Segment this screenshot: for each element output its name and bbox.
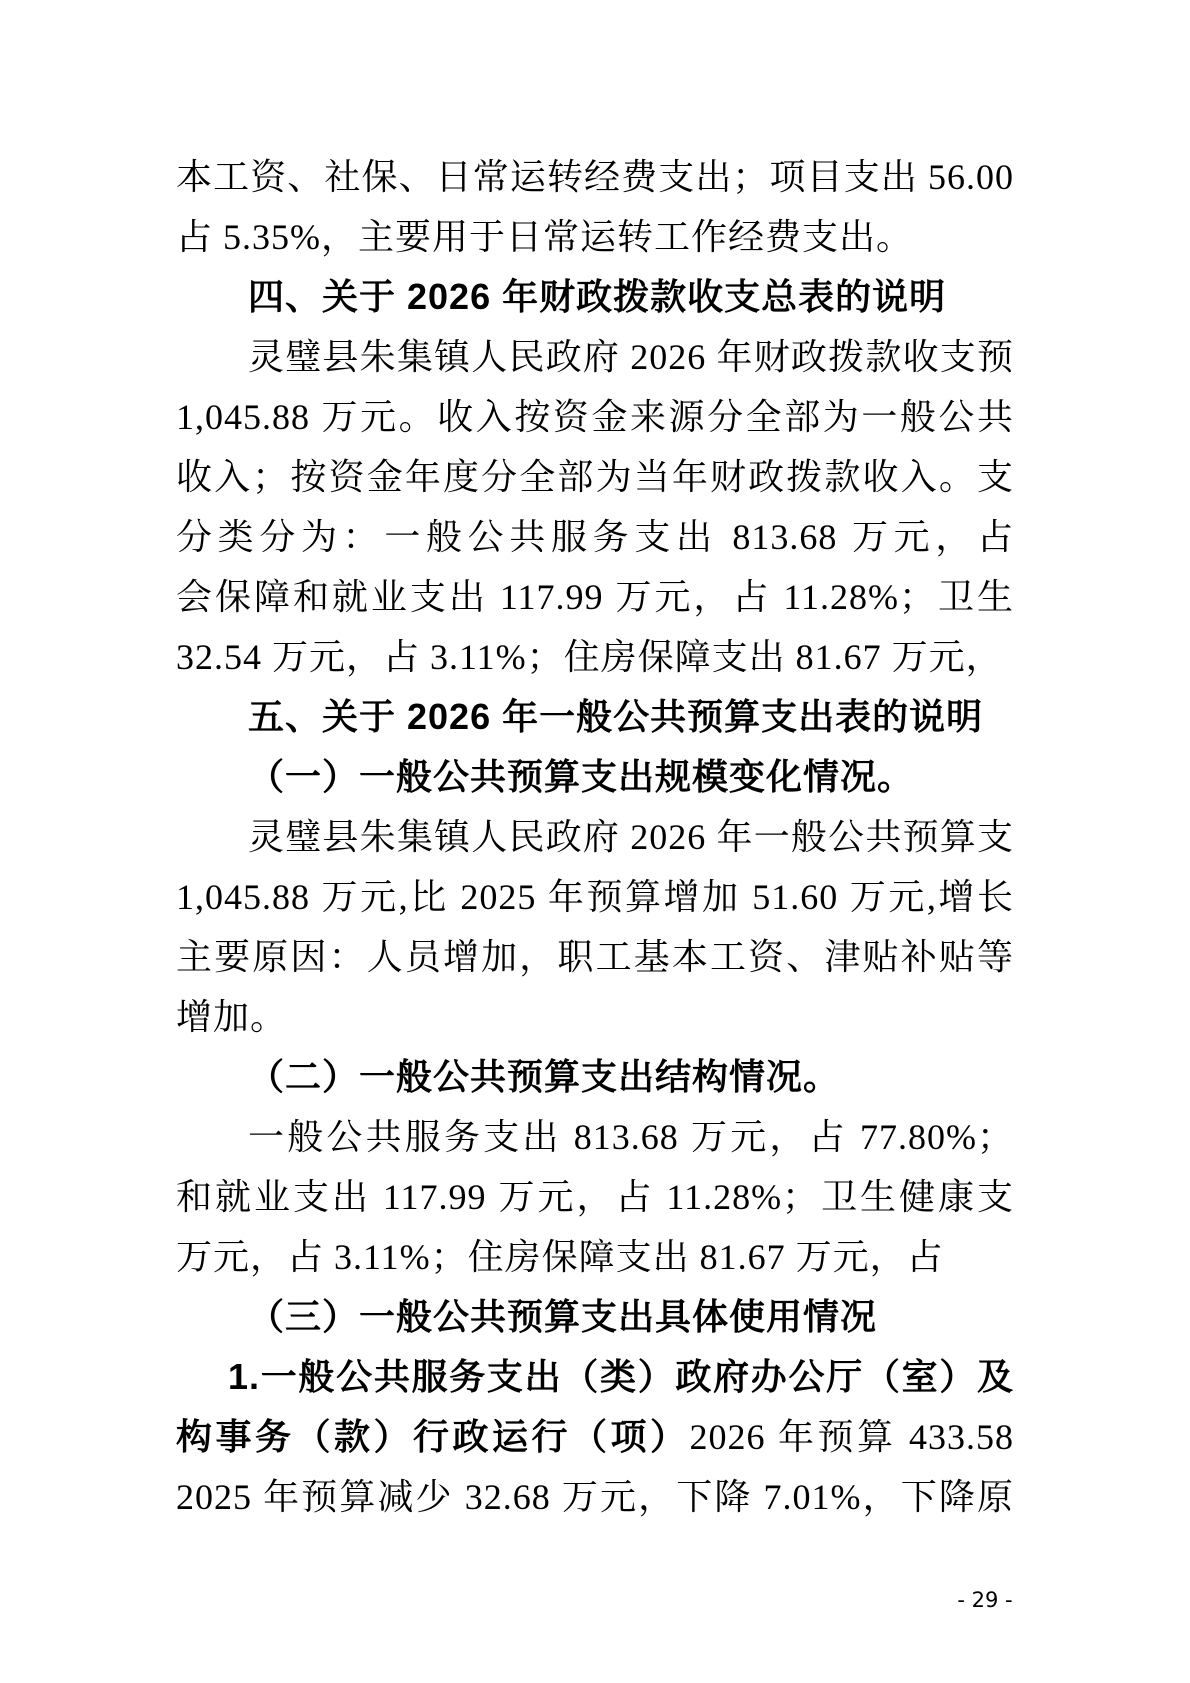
bold-lead-in: 构事务（款）行政运行（项）	[176, 1416, 689, 1457]
document-body: 本工资、社保、日常运转经费支出；项目支出 56.00 万元， 占 5.35%，主…	[176, 147, 1014, 1527]
paragraph-line: 32.54 万元，占 3.11%；住房保障支出 81.67 万元，占 7.81%…	[176, 627, 1014, 687]
paragraph-line: 主要原因：人员增加，职工基本工资、津贴补贴等工资福利	[176, 927, 1014, 987]
paragraph-line: 灵璧县朱集镇人民政府 2026 年一般公共预算支出	[176, 807, 1014, 867]
paragraph-line: 2025 年预算减少 32.68 万元，下降 7.01%，下降原因主要是	[176, 1467, 1014, 1527]
paragraph-line: 灵璧县朱集镇人民政府 2026 年财政拨款收支预算	[176, 327, 1014, 387]
page-number: - 29 -	[935, 1586, 1035, 1614]
paragraph-line: 和就业支出 117.99 万元，占 11.28%；卫生健康支出 32.54	[176, 1167, 1014, 1227]
subheading-2: （二）一般公共预算支出结构情况。	[176, 1047, 1014, 1107]
section-heading-4: 四、关于 2026 年财政拨款收支总表的说明	[176, 267, 1014, 327]
paragraph-line: 分类分为：一般公共服务支出 813.68 万元，占 77.80%；社	[176, 507, 1014, 567]
subheading-1: （一）一般公共预算支出规模变化情况。	[176, 747, 1014, 807]
paragraph-line: 本工资、社保、日常运转经费支出；项目支出 56.00 万元，	[176, 147, 1014, 207]
subheading-3: （三）一般公共预算支出具体使用情况	[176, 1287, 1014, 1347]
paragraph-line: 收入；按资金年度分全部为当年财政拨款收入。支出按功能	[176, 447, 1014, 507]
paragraph-line: 构事务（款）行政运行（项）2026 年预算 433.58 万元,比	[176, 1407, 1014, 1467]
section-heading-5: 五、关于 2026 年一般公共预算支出表的说明	[176, 687, 1014, 747]
paragraph-line: 会保障和就业支出 117.99 万元，占 11.28%；卫生健康支出	[176, 567, 1014, 627]
paragraph-line: 一般公共服务支出 813.68 万元，占 77.80%；社会保障	[176, 1107, 1014, 1167]
paragraph-line: 增加。	[176, 987, 1014, 1047]
paragraph-line: 1,045.88 万元。收入按资金来源分全部为一般公共预算拨款	[176, 387, 1014, 447]
numbered-item-heading: 1.一般公共服务支出（类）政府办公厅（室）及相关机	[176, 1347, 1014, 1407]
document-page: 本工资、社保、日常运转经费支出；项目支出 56.00 万元， 占 5.35%，主…	[0, 0, 1190, 1683]
paragraph-line: 占 5.35%，主要用于日常运转工作经费支出。	[176, 207, 1014, 267]
paragraph-line: 万元，占 3.11%；住房保障支出 81.67 万元，占 7.81%。	[176, 1227, 1014, 1287]
paragraph-line: 1,045.88 万元,比 2025 年预算增加 51.60 万元,增长 5.1…	[176, 867, 1014, 927]
